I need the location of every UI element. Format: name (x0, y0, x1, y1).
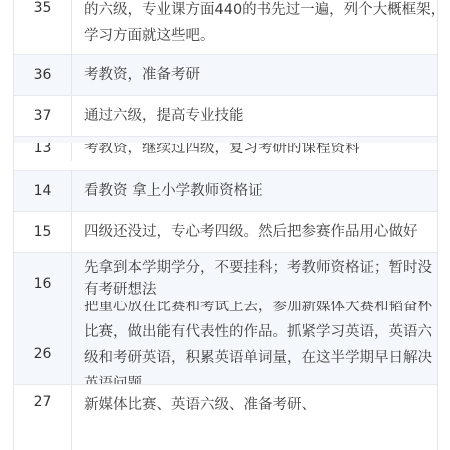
row-text-line: 四级还没过，专心考四级。然后把参赛作品用心做好 (84, 219, 425, 245)
row-text-line: 比赛，做出能有代表性的作品。抓紧学习英语，英语六 (84, 319, 425, 345)
row-text: 的六级，专业课方面440的书先过一遍，列个大概框架， 学习方面就这些吧。 (84, 0, 425, 54)
row-number: 13 (14, 143, 72, 161)
row-text-line: 英语问题。 (84, 371, 425, 385)
goals-table: 35 的六级，专业课方面440的书先过一遍，列个大概框架， 学习方面就这些吧。 … (13, 0, 438, 450)
row-number: 14 (14, 171, 72, 211)
row-number: 27 (14, 385, 72, 450)
row-text-line: 先拿到本学期学分，不要挂科；考教师资格证；暂时没 (84, 255, 425, 281)
row-text-line: 考教资，继续过四级，复习考研的课程资料 (84, 143, 425, 161)
table-row: 26 把重心放在比赛和考试上去，参加新媒体大赛和韬奋杯 比赛，做出能有代表性的作… (14, 301, 437, 385)
row-text-line: 把重心放在比赛和考试上去，参加新媒体大赛和韬奋杯 (84, 301, 425, 319)
row-number: 36 (14, 55, 72, 95)
row-number: 26 (14, 301, 72, 384)
row-text: 把重心放在比赛和考试上去，参加新媒体大赛和韬奋杯 比赛，做出能有代表性的作品。抓… (84, 301, 425, 384)
row-number: 15 (14, 212, 72, 252)
row-number: 37 (14, 96, 72, 136)
table-row: 27 新媒体比赛、英语六级、准备考研、 (14, 385, 437, 450)
row-text-line: 看教资 拿上小学教师资格证 (84, 178, 425, 204)
table-row: 35 的六级，专业课方面440的书先过一遍，列个大概框架， 学习方面就这些吧。 (14, 0, 437, 55)
row-text-line: 级和考研英语，积累英语单词量，在这半学期早日解决 (84, 345, 425, 371)
table-row: 36 考教资，准备考研 (14, 55, 437, 96)
row-text: 先拿到本学期学分，不要挂科；考教师资格证；暂时没 有考研想法 (84, 253, 425, 301)
table-row: 13 考教资，继续过四级，复习考研的课程资料 (14, 143, 437, 171)
row-text-line: 考教资，准备考研 (84, 62, 425, 88)
row-number: 35 (14, 0, 72, 54)
row-text-line: 有考研想法 (84, 281, 425, 299)
row-text-line: 学习方面就这些吧。 (84, 23, 425, 49)
row-text-line: 通过六级，提高专业技能 (84, 103, 425, 129)
table-row: 37 通过六级，提高专业技能 (14, 96, 437, 137)
row-text: 看教资 拿上小学教师资格证 (84, 171, 425, 211)
table-row: 16 先拿到本学期学分，不要挂科；考教师资格证；暂时没 有考研想法 (14, 253, 437, 301)
row-text: 新媒体比赛、英语六级、准备考研、 (84, 385, 425, 450)
row-text: 考教资，准备考研 (84, 55, 425, 95)
row-text-line: 新媒体比赛、英语六级、准备考研、 (84, 392, 425, 418)
row-text-line: 的六级，专业课方面440的书先过一遍，列个大概框架， (84, 0, 425, 23)
row-text: 考教资，继续过四级，复习考研的课程资料 (84, 143, 425, 161)
table-row: 15 四级还没过，专心考四级。然后把参赛作品用心做好 (14, 212, 437, 253)
row-text: 通过六级，提高专业技能 (84, 96, 425, 136)
row-number: 16 (14, 253, 72, 301)
table-row: 14 看教资 拿上小学教师资格证 (14, 171, 437, 212)
row-text: 四级还没过，专心考四级。然后把参赛作品用心做好 (84, 212, 425, 252)
